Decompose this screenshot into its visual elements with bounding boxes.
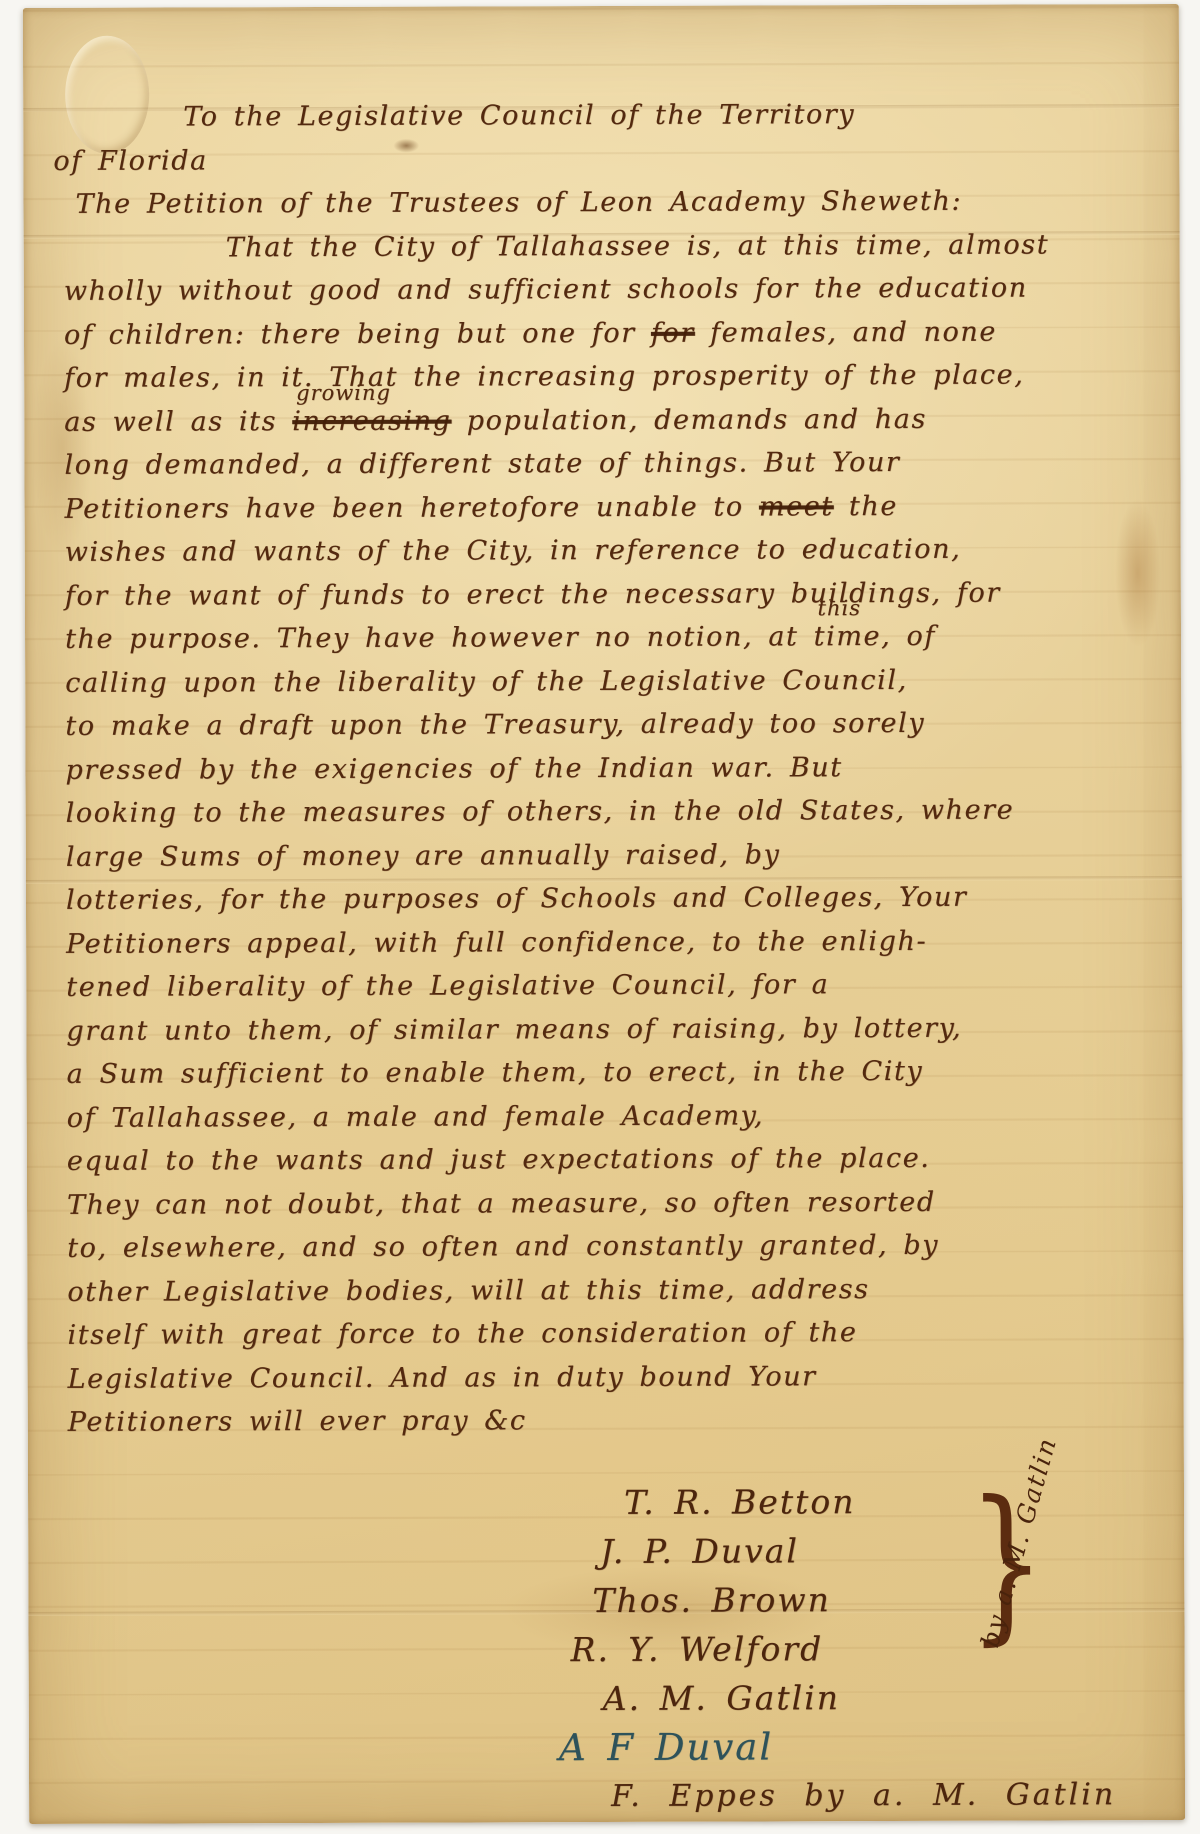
petition-text: Legislative Council. And as in duty boun… <box>68 1361 817 1395</box>
petition-text: lotteries, for the purposes of Schools a… <box>66 882 968 916</box>
petition-line: Petitioners will ever pray &c <box>68 1397 1154 1444</box>
petition-text: other Legislative bodies, will at this t… <box>67 1274 869 1308</box>
petition-line: to make a draft upon the Treasury, alrea… <box>65 701 1151 748</box>
petition-text: wishes and wants of the City, in referen… <box>65 534 962 568</box>
inserted-word: growing <box>296 382 391 403</box>
petition-line: grant unto them, of similar means of rai… <box>66 1006 1152 1053</box>
struck-word: for <box>651 317 695 348</box>
petition-text: females, and none <box>695 316 997 348</box>
petition-line: wishes and wants of the City, in referen… <box>65 527 1151 574</box>
petition-text: of Florida <box>53 145 207 177</box>
petition-line: to, elsewhere, and so often and constant… <box>67 1223 1153 1270</box>
struck-word: meet <box>759 491 834 522</box>
petition-line: Petitioners have been heretofore unable … <box>65 484 1151 531</box>
petition-text: long demanded, a different state of thin… <box>64 447 900 481</box>
petition-line: The Petition of the Trustees of Leon Aca… <box>75 179 1149 226</box>
petition-line: tened liberality of the Legislative Coun… <box>66 962 1152 1009</box>
petition-line: calling upon the liberality of the Legis… <box>65 658 1151 705</box>
petition-text: grant unto them, of similar means of rai… <box>66 1012 962 1046</box>
petition-line: long demanded, a different state of thin… <box>64 440 1150 487</box>
inserted-word: this <box>817 598 861 619</box>
petition-text: equal to the wants and just expectations… <box>67 1143 931 1177</box>
petition-line: other Legislative bodies, will at this t… <box>67 1267 1153 1314</box>
struck-word: increasinggrowing <box>292 399 451 443</box>
petition-text: calling upon the liberality of the Legis… <box>65 664 908 698</box>
petition-text: tened liberality of the Legislative Coun… <box>66 969 829 1003</box>
petition-text: They can not doubt, that a measure, so o… <box>67 1186 936 1220</box>
petition-line: large Sums of money are annually raised,… <box>66 832 1152 879</box>
signature: F. Eppes by a. M. Gatlin <box>611 1770 1116 1821</box>
petition-text: itself with great force to the considera… <box>67 1317 857 1351</box>
petition-text: for males, in it. That the increasing pr… <box>64 360 1024 394</box>
petition-line: They can not doubt, that a measure, so o… <box>67 1180 1153 1227</box>
petition-text: wholly without good and sufficient schoo… <box>64 273 1028 307</box>
petition-line: That the City of Tallahassee is, at this… <box>226 223 1150 270</box>
petition-line: Legislative Council. And as in duty boun… <box>68 1354 1154 1401</box>
petition-text: , of <box>881 621 936 652</box>
petition-text: That the City of Tallahassee is, at this… <box>226 229 1050 263</box>
petition-line: pressed by the exigencies of the Indian … <box>65 745 1151 792</box>
petition-text: population, demands and has <box>451 403 926 436</box>
petition-text: Petitioners have been heretofore unable … <box>65 491 759 524</box>
petition-text: to, elsewhere, and so often and constant… <box>67 1230 939 1264</box>
petition-line: To the Legislative Council of the Territ… <box>183 92 1149 139</box>
petition-text: of Tallahassee, a male and female Academ… <box>67 1100 764 1133</box>
petition-text: the purpose. They have however no notion… <box>65 621 814 655</box>
petition-line: equal to the wants and just expectations… <box>67 1136 1153 1183</box>
signature: A F Duval <box>559 1721 1116 1772</box>
petition-line: the purpose. They have however no notion… <box>65 614 1151 661</box>
petition-text: To the Legislative Council of the Territ… <box>183 99 855 132</box>
petition-document: To the Legislative Council of the Territ… <box>23 4 1185 1824</box>
signature: A. M. Gatlin <box>603 1672 1116 1723</box>
petition-line: looking to the measures of others, in th… <box>66 788 1152 835</box>
petition-text: to make a draft upon the Treasury, alrea… <box>65 708 925 742</box>
petition-line: of Tallahassee, a male and female Academ… <box>67 1093 1153 1140</box>
petition-line: for males, in it. That the increasing pr… <box>64 353 1150 400</box>
petition-text: of children: there being but one for <box>64 317 651 350</box>
petition-line: for the want of funds to erect the neces… <box>65 571 1151 618</box>
petition-body: To the Legislative Council of the Territ… <box>53 92 1154 1444</box>
petition-line: of children: there being but one for for… <box>64 310 1150 357</box>
petition-text: timethis <box>814 615 882 659</box>
petition-line: itself with great force to the considera… <box>67 1310 1153 1357</box>
petition-line: a Sum sufficient to enable them, to erec… <box>66 1049 1152 1096</box>
petition-line: of Florida <box>53 136 1149 183</box>
petition-text: The Petition of the Trustees of Leon Aca… <box>75 186 962 220</box>
petition-line: as well as its increasinggrowing populat… <box>64 397 1150 444</box>
petition-line: wholly without good and sufficient schoo… <box>64 266 1150 313</box>
scan-background: To the Legislative Council of the Territ… <box>0 0 1200 1834</box>
petition-text: the <box>834 490 898 521</box>
petition-text: looking to the measures of others, in th… <box>66 795 1015 829</box>
petition-text: pressed by the exigencies of the Indian … <box>65 752 842 786</box>
petition-line: lotteries, for the purposes of Schools a… <box>66 875 1152 922</box>
petition-text: a Sum sufficient to enable them, to erec… <box>67 1056 924 1090</box>
petition-line: Petitioners appeal, with full confidence… <box>66 919 1152 966</box>
petition-text: Petitioners appeal, with full confidence… <box>66 925 927 959</box>
petition-text: Petitioners will ever pray &c <box>68 1405 527 1438</box>
petition-text: large Sums of money are annually raised,… <box>66 839 781 872</box>
petition-text: as well as its <box>64 406 292 438</box>
